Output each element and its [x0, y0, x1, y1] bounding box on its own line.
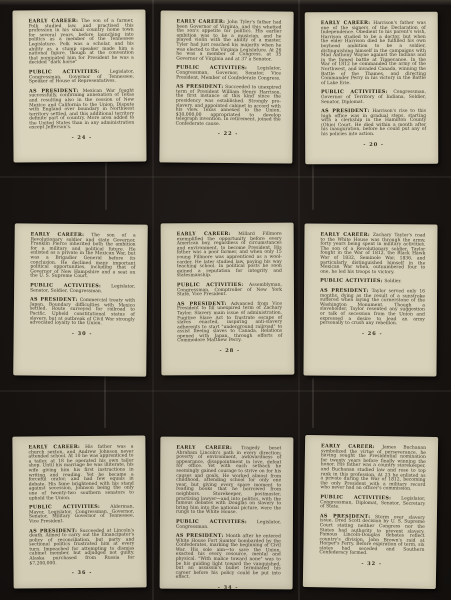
card-number: - 32 -: [319, 560, 424, 568]
public-activities-section: PUBLIC ACTIVITIES: Legislator, Congressm…: [320, 495, 425, 511]
early-career-section: EARLY CAREER: Tragedy beset Abraham Linc…: [176, 446, 281, 516]
early-career-text: James Buchanan symbolized the virtue of …: [320, 445, 426, 492]
president-card-back: EARLY CAREER: Tragedy beset Abraham Linc…: [160, 437, 294, 590]
president-card-back: EARLY CAREER: His father was a church se…: [12, 435, 146, 588]
as-president-section: AS PRESIDENT: Succeeded to unexpired ter…: [176, 85, 281, 128]
early-career-section: EARLY CAREER: His father was a church se…: [28, 445, 133, 502]
public-activities-section: PUBLIC ACTIVITIES: Legislator, Congressm…: [176, 520, 281, 531]
as-president-section: AS PRESIDENT: Storm over slavery issue, …: [319, 514, 425, 558]
pocket-edge-highlight: [104, 376, 106, 428]
early-career-section: EARLY CAREER: James Buchanan symbolized …: [320, 444, 426, 493]
as-president-text: Advanced from Vice President to fill une…: [177, 301, 282, 343]
public-activities-section: PUBLIC ACTIVITIES: Assemblyman, Congress…: [177, 283, 282, 298]
pocket-seam-horizontal: [0, 176, 451, 178]
early-career-text: The son of a Revolutionary soldier and s…: [30, 233, 135, 279]
as-president-text: Taylor served only 16 months, dying as t…: [320, 289, 425, 326]
pocket-edge-highlight: [312, 378, 314, 428]
pocket-edge-highlight: [105, 162, 107, 210]
card-number: - 24 -: [29, 135, 134, 142]
as-president-section: AS PRESIDENT: Advanced from Vice Preside…: [177, 301, 282, 344]
early-career-text: Harrison's father was one of the signers…: [321, 21, 426, 86]
card-number: - 28 -: [177, 348, 282, 355]
public-activities-heading: PUBLIC ACTIVITIES:: [320, 278, 383, 284]
as-president-section: AS PRESIDENT: Commercial treaty with Jap…: [30, 298, 135, 328]
president-card-back: EARLY CAREER: James Buchanan symbolized …: [303, 435, 438, 589]
public-activities-section: PUBLIC ACTIVITIES: Legislator, Congressm…: [29, 70, 134, 86]
as-president-section: AS PRESIDENT: Harrison's rise to this hi…: [321, 109, 426, 138]
as-president-text: Succeeded to unexpired term of President…: [176, 85, 281, 127]
as-president-text: Storm over slavery issue, Dred Scott dec…: [319, 515, 425, 557]
early-career-section: EARLY CAREER: The son of a Revolutionary…: [30, 232, 135, 280]
as-president-section: AS PRESIDENT: Taylor served only 16 mont…: [320, 289, 425, 327]
card-number: - 34 -: [176, 585, 281, 590]
early-career-section: EARLY CAREER: The son of a farmer, Polk …: [29, 19, 134, 67]
president-card-back: EARLY CAREER: The son of a farmer, Polk …: [12, 10, 146, 163]
as-president-section: AS PRESIDENT: Mexican War fought success…: [29, 88, 134, 131]
early-career-text: John Tyler's father had been Governor of…: [176, 20, 281, 62]
early-career-section: EARLY CAREER: Harrison's father was one …: [321, 21, 426, 87]
pocket-seam-vertical: [298, 0, 300, 600]
as-president-section: AS PRESIDENT: Succeeded at Lincoln's dea…: [29, 528, 134, 567]
president-card-back: EARLY CAREER: Millard Fillmore exemplifi…: [161, 223, 295, 376]
as-president-text: Month after he entered White House Fort …: [176, 534, 281, 580]
public-activities-section: PUBLIC ACTIVITIES: Soldier.: [320, 279, 425, 285]
card-number: - 30 -: [30, 330, 135, 337]
public-activities-text: Soldier.: [384, 279, 401, 284]
public-activities-section: PUBLIC ACTIVITIES: Legislator, Congressm…: [176, 66, 281, 82]
as-president-text: Mexican War fought successfully, confirm…: [29, 88, 134, 130]
early-career-text: Millard Fillmore exemplified the opportu…: [177, 232, 282, 279]
public-activities-section: PUBLIC ACTIVITIES: Alderman, Mayor, Legi…: [29, 505, 134, 525]
as-president-text: Succeeded at Lincoln's death. Aimed to c…: [29, 528, 134, 566]
early-career-text: Zachary Taylor's road to the White House…: [320, 233, 425, 275]
card-number: - 22 -: [176, 131, 281, 138]
early-career-text: Tragedy beset Abraham Lincoln's path in …: [176, 446, 281, 515]
president-card-back: EARLY CAREER: Harrison's father was one …: [305, 12, 439, 164]
early-career-section: EARLY CAREER: Zachary Taylor's road to t…: [320, 233, 425, 276]
as-president-text: Commercial treaty with Japan. Boundary d…: [30, 298, 135, 326]
card-number: - 36 -: [30, 570, 135, 577]
public-activities-section: PUBLIC ACTIVITIES: Legislator, Senator, …: [30, 283, 135, 294]
early-career-text: The son of a farmer, Polk studied law, a…: [29, 19, 134, 66]
early-career-text: His father was a church sexton, and Andr…: [28, 445, 133, 501]
president-card-back: EARLY CAREER: Zachary Taylor's road to t…: [303, 224, 437, 377]
public-activities-section: PUBLIC ACTIVITIES: Congressman, Governor…: [321, 90, 426, 105]
pocket-edge-highlight: [312, 160, 314, 210]
early-career-section: EARLY CAREER: John Tyler's father had be…: [176, 20, 281, 63]
president-card-back: EARLY CAREER: John Tyler's father had be…: [159, 10, 293, 163]
sheet-top-edge: [0, 0, 451, 5]
pocket-seam-horizontal: [0, 390, 451, 392]
card-number: - 20 -: [321, 141, 426, 147]
early-career-section: EARLY CAREER: Millard Fillmore exemplifi…: [177, 232, 282, 279]
pocket-seam-vertical: [152, 0, 154, 600]
as-president-section: AS PRESIDENT: Month after he entered Whi…: [176, 534, 281, 581]
as-president-text: Harrison's rise to this high office was …: [321, 109, 426, 137]
card-number: - 26 -: [320, 330, 425, 337]
president-card-back: EARLY CAREER: The son of a Revolutionary…: [13, 223, 148, 376]
